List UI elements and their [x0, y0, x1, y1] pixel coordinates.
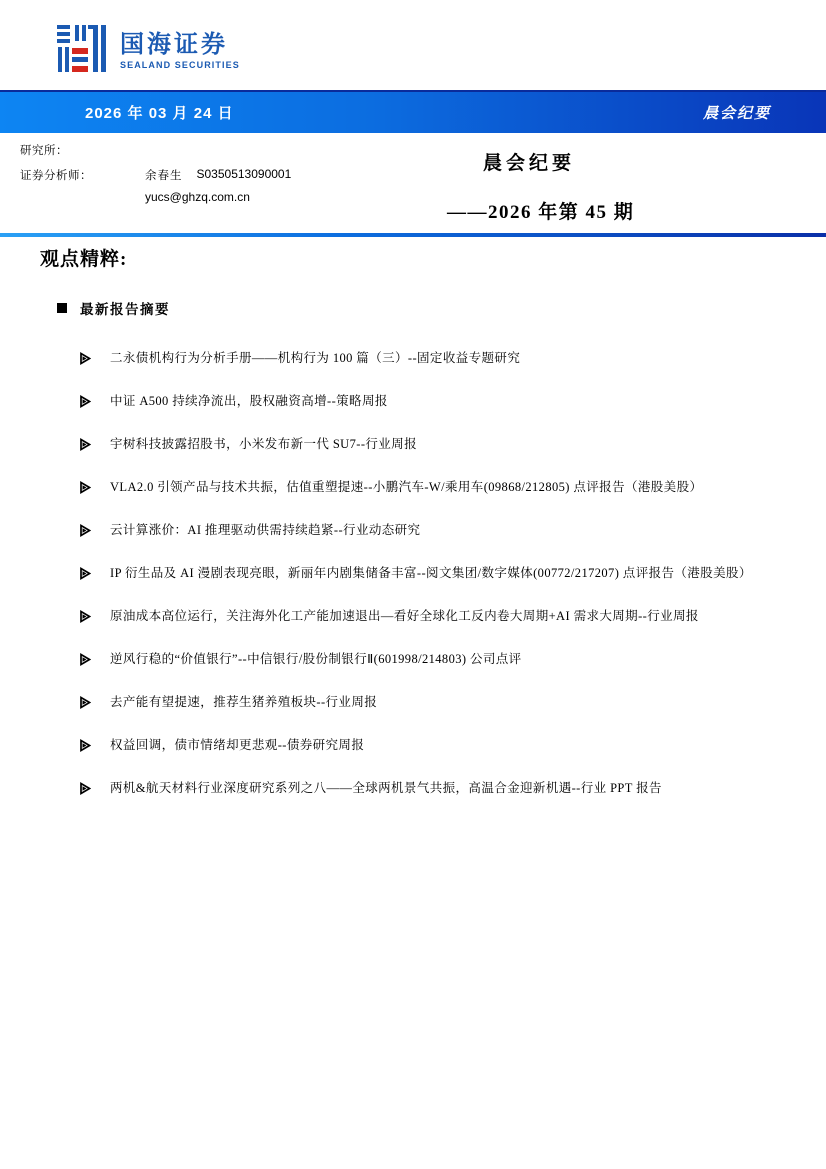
report-item-text: 权益回调，债市情绪却更悲观--债券研究周报: [110, 733, 792, 758]
analyst-label: 证券分析师：: [20, 167, 145, 183]
arrow-bullet-icon: [80, 776, 110, 800]
report-item-text: VLA2.0 引领产品与技术共振，估值重塑提速--小鹏汽车-W/乘用车(0986…: [110, 475, 792, 500]
report-list-item: 二永债机构行为分析手册——机构行为 100 篇（三）--固定收益专题研究: [80, 346, 792, 371]
report-item-text: 原油成本高位运行，关注海外化工产能加速退出—看好全球化工反内卷大周期+AI 需求…: [110, 604, 792, 629]
report-item-text: 中证 A500 持续净流出，股权融资高增--策略周报: [110, 389, 792, 414]
analyst-meta: 研究所： 证券分析师： 余春生 S0350513090001 yucs@ghzq…: [20, 142, 440, 204]
arrow-bullet-icon: [80, 647, 110, 671]
arrow-bullet-icon: [80, 346, 110, 370]
arrow-bullet-icon: [80, 389, 110, 413]
report-list-item: 中证 A500 持续净流出，股权融资高增--策略周报: [80, 389, 792, 414]
document-page: 国海证券 SEALAND SECURITIES 2026 年 03 月 24 日…: [0, 0, 826, 1169]
report-list-item: IP 衍生品及 AI 漫剧表现亮眼，新丽年内剧集储备丰富--阅文集团/数字媒体(…: [80, 561, 792, 586]
latest-reports-title: 最新报告摘要: [80, 298, 170, 318]
report-list-item: 权益回调，债市情绪却更悲观--债券研究周报: [80, 733, 792, 758]
institute-label: 研究所：: [20, 142, 145, 158]
report-list: 二永债机构行为分析手册——机构行为 100 篇（三）--固定收益专题研究 中证 …: [80, 346, 792, 801]
analyst-email: yucs@ghzq.com.cn: [145, 190, 440, 204]
brand-name-en: SEALAND SECURITIES: [120, 59, 240, 71]
institute-row: 研究所：: [20, 142, 440, 158]
analyst-row: 证券分析师： 余春生 S0350513090001: [20, 167, 440, 183]
arrow-bullet-icon: [80, 690, 110, 714]
report-item-text: 两机&航天材料行业深度研究系列之八——全球两机景气共振，高温合金迎新机遇--行业…: [110, 776, 792, 801]
gradient-divider: [0, 233, 826, 237]
arrow-bullet-icon: [80, 604, 110, 628]
square-bullet-icon: [57, 303, 67, 313]
arrow-bullet-icon: [80, 475, 110, 499]
main-content: 观点精粹: 最新报告摘要 二永债机构行为分析手册——机构行为 100 篇（三）-…: [40, 244, 792, 819]
report-item-text: 二永债机构行为分析手册——机构行为 100 篇（三）--固定收益专题研究: [110, 346, 792, 371]
header-date: 2026 年 03 月 24 日: [85, 102, 234, 123]
report-list-item: 宇树科技披露招股书，小米发布新一代 SU7--行业周报: [80, 432, 792, 457]
report-title: 晨会纪要: [483, 148, 575, 175]
arrow-bullet-icon: [80, 733, 110, 757]
brand-logo: 国海证券 SEALAND SECURITIES: [55, 21, 240, 80]
report-item-text: 逆风行稳的“价值银行”--中信银行/股份制银行Ⅱ(601998/214803) …: [110, 647, 792, 672]
viewpoints-heading: 观点精粹:: [40, 244, 792, 271]
sealand-logo-icon: [55, 21, 109, 80]
arrow-bullet-icon: [80, 432, 110, 456]
arrow-bullet-icon: [80, 561, 110, 585]
arrow-bullet-icon: [80, 518, 110, 542]
latest-reports-section-header: 最新报告摘要: [57, 298, 792, 318]
report-item-text: IP 衍生品及 AI 漫剧表现亮眼，新丽年内剧集储备丰富--阅文集团/数字媒体(…: [110, 561, 792, 586]
analyst-license-id: S0350513090001: [197, 167, 292, 183]
report-list-item: 逆风行稳的“价值银行”--中信银行/股份制银行Ⅱ(601998/214803) …: [80, 647, 792, 672]
header-bar: 2026 年 03 月 24 日 晨会纪要: [0, 90, 826, 133]
report-list-item: 云计算涨价：AI 推理驱动供需持续趋紧--行业动态研究: [80, 518, 792, 543]
analyst-name: 余春生: [145, 167, 183, 183]
report-item-text: 云计算涨价：AI 推理驱动供需持续趋紧--行业动态研究: [110, 518, 792, 543]
report-item-text: 去产能有望提速，推荐生猪养殖板块--行业周报: [110, 690, 792, 715]
report-list-item: 两机&航天材料行业深度研究系列之八——全球两机景气共振，高温合金迎新机遇--行业…: [80, 776, 792, 801]
header-bar-label: 晨会纪要: [703, 102, 771, 123]
report-list-item: VLA2.0 引领产品与技术共振，估值重塑提速--小鹏汽车-W/乘用车(0986…: [80, 475, 792, 500]
report-list-item: 去产能有望提速，推荐生猪养殖板块--行业周报: [80, 690, 792, 715]
brand-name-cn: 国海证券: [120, 31, 240, 59]
report-item-text: 宇树科技披露招股书，小米发布新一代 SU7--行业周报: [110, 432, 792, 457]
brand-text: 国海证券 SEALAND SECURITIES: [120, 31, 240, 71]
report-issue-number: ——2026 年第 45 期: [447, 197, 634, 224]
report-list-item: 原油成本高位运行，关注海外化工产能加速退出—看好全球化工反内卷大周期+AI 需求…: [80, 604, 792, 629]
